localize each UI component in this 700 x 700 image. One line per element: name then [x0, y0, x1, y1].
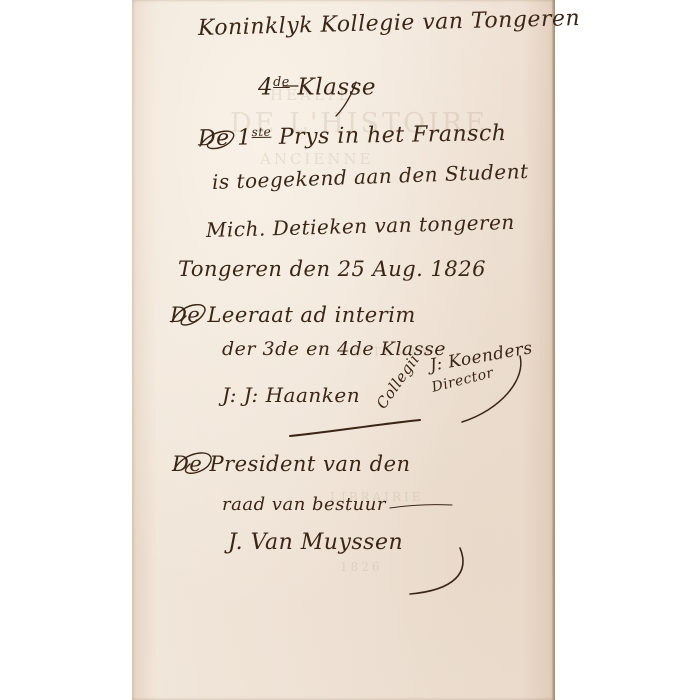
class-heading: 4de Klasse — [258, 74, 376, 101]
president-title-line-1: De President van den — [172, 452, 411, 476]
president-title-line-2: raad van bestuur — [222, 494, 386, 515]
president-signature: J. Van Muyssen — [228, 530, 403, 555]
prize-ordinal-suffix: ste — [251, 125, 271, 139]
class-suffix: de — [273, 74, 290, 89]
prize-line-1: De 1ste Prys in het Fransch — [198, 121, 507, 152]
class-word: Klasse — [298, 75, 376, 101]
bleed-through-text: 1826 — [340, 560, 383, 574]
teacher-signature: J: J: Haanken — [222, 383, 360, 407]
prize-subject: Prys in het Fransch — [271, 121, 506, 150]
prize-prefix: De 1 — [198, 125, 252, 151]
place-and-date: Tongeren den 25 Aug. 1826 — [178, 257, 486, 281]
teacher-title-line-1: De Leeraat ad interim — [170, 303, 416, 327]
class-number: 4 — [258, 75, 273, 101]
